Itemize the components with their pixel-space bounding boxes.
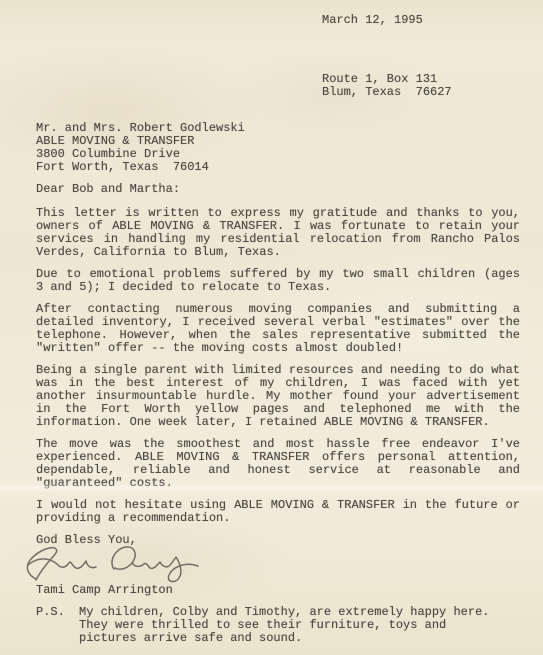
- sender-address: Route 1, Box 131Blum, Texas 76627: [322, 73, 543, 99]
- text-line: "guaranteed" costs.: [36, 477, 520, 490]
- text-line: Fort Worth, Texas 76014: [36, 161, 543, 174]
- paragraph: I would not hesitate using ABLE MOVING &…: [36, 499, 520, 525]
- letter-body: This letter is written to express my gra…: [36, 207, 520, 525]
- paragraph: Due to emotional problems suffered by my…: [36, 268, 520, 294]
- signature-icon: [22, 541, 207, 583]
- letter-page: March 12, 1995 Route 1, Box 131Blum, Tex…: [0, 0, 543, 655]
- text-line: "written" offer -- the moving costs almo…: [36, 342, 520, 355]
- text-line: information. One week later, I retained …: [36, 416, 520, 429]
- handwritten-signature: [22, 541, 543, 583]
- postscript-text: My children, Colby and Timothy, are extr…: [79, 606, 543, 645]
- recipient-address: Mr. and Mrs. Robert GodlewskiABLE MOVING…: [36, 122, 543, 174]
- text-line: 3 and 5); I decided to relocate to Texas…: [36, 281, 520, 294]
- postscript-label: P.S.: [36, 606, 79, 645]
- postscript: P.S. My children, Colby and Timothy, are…: [36, 606, 543, 645]
- letter-date: March 12, 1995: [322, 14, 543, 27]
- paragraph: This letter is written to express my gra…: [36, 207, 520, 259]
- text-line: Blum, Texas 76627: [322, 86, 543, 99]
- text-line: Verdes, California to Blum, Texas.: [36, 246, 520, 259]
- salutation: Dear Bob and Martha:: [36, 183, 543, 196]
- typed-signature-name: Tami Camp Arrington: [36, 584, 543, 597]
- text-line: pictures arrive safe and sound.: [79, 632, 543, 645]
- paragraph: Being a single parent with limited resou…: [36, 364, 520, 429]
- paragraph: After contacting numerous moving compani…: [36, 303, 520, 355]
- text-line: providing a recommendation.: [36, 512, 520, 525]
- paragraph: The move was the smoothest and most hass…: [36, 438, 520, 490]
